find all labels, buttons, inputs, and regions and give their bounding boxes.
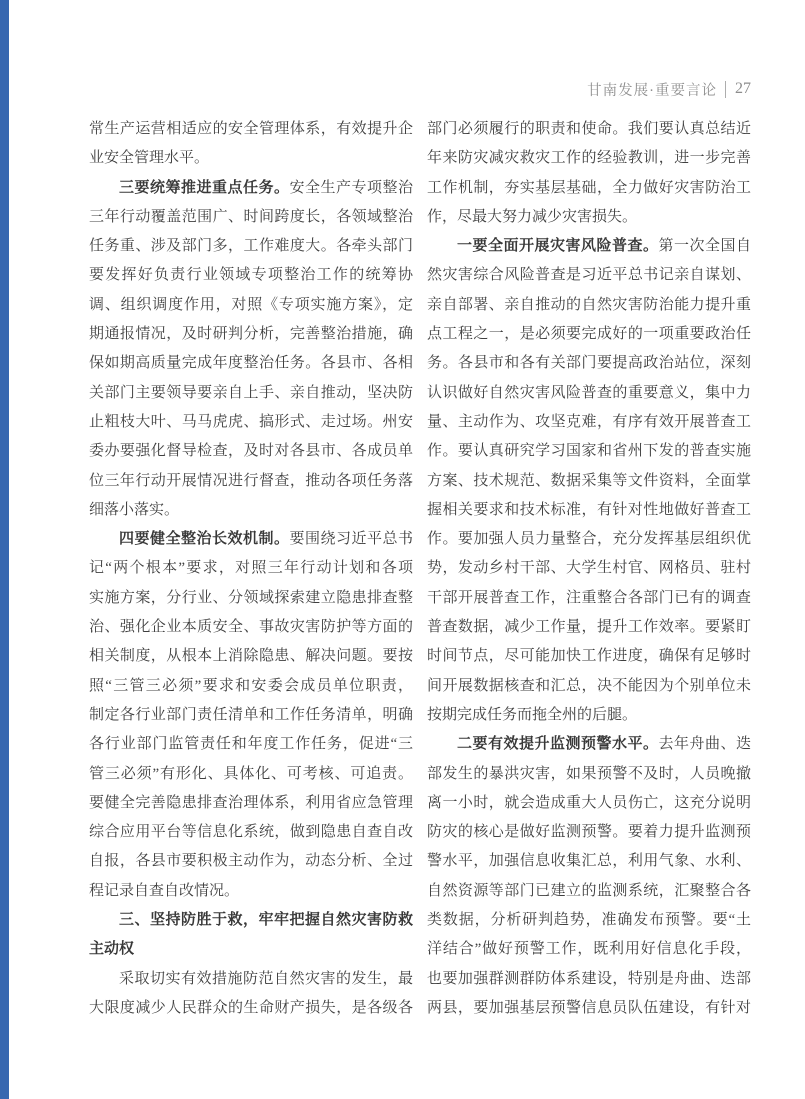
text-line: 握相关要求和技术标准，有针对性地做好普查工 — [427, 496, 751, 525]
text-line: 保如期高质量完成年度整治任务。各县市、各相 — [89, 349, 413, 378]
text-line: 类数据，分析研判趋势，准确发布预警。要“土 — [427, 906, 751, 935]
article-body: 常生产运营相适应的安全管理体系，有效提升企业安全管理水平。三要统筹推进重点任务。… — [89, 115, 751, 1023]
text-line: 程记录自查自改情况。 — [89, 877, 413, 906]
text-line: 按期完成任务而拖全州的后腿。 — [427, 701, 751, 730]
text-line: 三年行动覆盖范围广、时间跨度长，各领域整治 — [89, 203, 413, 232]
text-line: 细落小落实。 — [89, 496, 413, 525]
text-line: 制定各行业部门责任清单和工作任务清单，明确 — [89, 701, 413, 730]
text-line: 部发生的暴洪灾害，如果预警不及时，人员晚撤 — [427, 760, 751, 789]
text-line: 年来防灾减灾救灾工作的经验教训，进一步完善 — [427, 144, 751, 173]
text-column-right: 部门必须履行的职责和使命。我们要认真总结近年来防灾减灾救灾工作的经验教训，进一步… — [427, 115, 751, 1023]
text-line: 委办要强化督导检查，及时对各县市、各成员单 — [89, 437, 413, 466]
text-line: 离一小时，就会造成重大人员伤亡，这充分说明 — [427, 789, 751, 818]
text-line: 亲自部署、亲自推动的自然灾害防治能力提升重 — [427, 291, 751, 320]
text-line: 记“两个根本”要求，对照三年行动计划和各项 — [89, 554, 413, 583]
text-line: 三要统筹推进重点任务。安全生产专项整治 — [89, 174, 413, 203]
text-line: 采取切实有效措施防范自然灾害的发生，最 — [89, 965, 413, 994]
page-header: 甘南发展·重要言论 27 — [89, 78, 751, 100]
text-line: 部门必须履行的职责和使命。我们要认真总结近 — [427, 115, 751, 144]
text-line: 任务重、涉及部门多，工作难度大。各牵头部门 — [89, 232, 413, 261]
text-line: 作。要认真研究学习国家和省州下发的普查实施 — [427, 437, 751, 466]
text-line: 四要健全整治长效机制。要围绕习近平总书 — [89, 525, 413, 554]
text-line: 干部开展普查工作，注重整合各部门已有的调查 — [427, 584, 751, 613]
text-line: 二要有效提升监测预警水平。去年舟曲、迭 — [427, 730, 751, 759]
text-line: 止粗枝大叶、马马虎虎、搞形式、走过场。州安 — [89, 408, 413, 437]
text-line: 作，尽最大努力减少灾害损失。 — [427, 203, 751, 232]
text-line: 位三年行动开展情况进行督查，推动各项任务落 — [89, 467, 413, 496]
text-line: 相关制度，从根本上消除隐患、解决问题。要按 — [89, 642, 413, 671]
header-divider-line — [725, 81, 726, 98]
text-line: 量、主动作为、攻坚克难，有序有效开展普查工 — [427, 408, 751, 437]
text-line: 要发挥好负责行业领域专项整治工作的统筹协 — [89, 261, 413, 290]
text-line: 期通报情况，及时研判分析，完善整治措施，确 — [89, 320, 413, 349]
page-number: 27 — [735, 80, 751, 98]
text-line: 间开展数据核查和汇总，决不能因为个别单位未 — [427, 672, 751, 701]
text-line: 业安全管理水平。 — [89, 144, 413, 173]
text-line: 作。要加强人员力量整合，充分发挥基层组织优 — [427, 525, 751, 554]
text-line: 警水平，加强信息收集汇总，利用气象、水利、 — [427, 847, 751, 876]
text-column-left: 常生产运营相适应的安全管理体系，有效提升企业安全管理水平。三要统筹推进重点任务。… — [89, 115, 413, 1023]
text-line: 点工程之一，是必须要完成好的一项重要政治任 — [427, 320, 751, 349]
text-line: 时间节点，尽可能加快工作进度，确保有足够时 — [427, 642, 751, 671]
text-line: 也要加强群测群防体系建设，特别是舟曲、迭部 — [427, 965, 751, 994]
text-line: 方案、技术规范、数据采集等文件资料，全面掌 — [427, 467, 751, 496]
text-line: 工作机制，夯实基层基础，全力做好灾害防治工 — [427, 174, 751, 203]
text-line: 两县，要加强基层预警信息员队伍建设，有针对 — [427, 994, 751, 1023]
text-line: 然灾害综合风险普查是习近平总书记亲自谋划、 — [427, 261, 751, 290]
section-title: 甘南发展·重要言论 — [587, 79, 717, 100]
text-line: 主动权 — [89, 935, 413, 964]
text-line: 普查数据，减少工作量，提升工作效率。要紧盯 — [427, 613, 751, 642]
text-line: 防灾的核心是做好监测预警。要着力提升监测预 — [427, 818, 751, 847]
spine-accent-bar — [0, 0, 9, 1099]
text-line: 势，发动乡村干部、大学生村官、网格员、驻村 — [427, 554, 751, 583]
text-line: 三、坚持防胜于救，牢牢把握自然灾害防救 — [89, 906, 413, 935]
text-line: 常生产运营相适应的安全管理体系，有效提升企 — [89, 115, 413, 144]
text-line: 自然资源等部门已建立的监测系统，汇聚整合各 — [427, 877, 751, 906]
text-line: 实施方案，分行业、分领域探索建立隐患排查整 — [89, 584, 413, 613]
text-line: 务。各县市和各有关部门要提高政治站位，深刻 — [427, 349, 751, 378]
text-line: 管三必须”有形化、具体化、可考核、可追责。 — [89, 760, 413, 789]
text-line: 照“三管三必须”要求和安委会成员单位职责， — [89, 672, 413, 701]
text-line: 自报，各县市要积极主动作为，动态分析、全过 — [89, 847, 413, 876]
text-line: 治、强化企业本质安全、事故灾害防护等方面的 — [89, 613, 413, 642]
magazine-page: 甘南发展·重要言论 27 常生产运营相适应的安全管理体系，有效提升企业安全管理水… — [0, 0, 805, 1099]
text-line: 各行业部门监管责任和年度工作任务，促进“三 — [89, 730, 413, 759]
text-line: 关部门主要领导要亲自上手、亲自推动，坚决防 — [89, 379, 413, 408]
text-line: 洋结合”做好预警工作，既利用好信息化手段， — [427, 935, 751, 964]
text-line: 认识做好自然灾害风险普查的重要意义，集中力 — [427, 379, 751, 408]
text-line: 要健全完善隐患排查治理体系，利用省应急管理 — [89, 789, 413, 818]
text-line: 一要全面开展灾害风险普查。第一次全国自 — [427, 232, 751, 261]
text-line: 综合应用平台等信息化系统，做到隐患自查自改 — [89, 818, 413, 847]
text-line: 调、组织调度作用，对照《专项实施方案》，定 — [89, 291, 413, 320]
text-line: 大限度减少人民群众的生命财产损失，是各级各 — [89, 994, 413, 1023]
